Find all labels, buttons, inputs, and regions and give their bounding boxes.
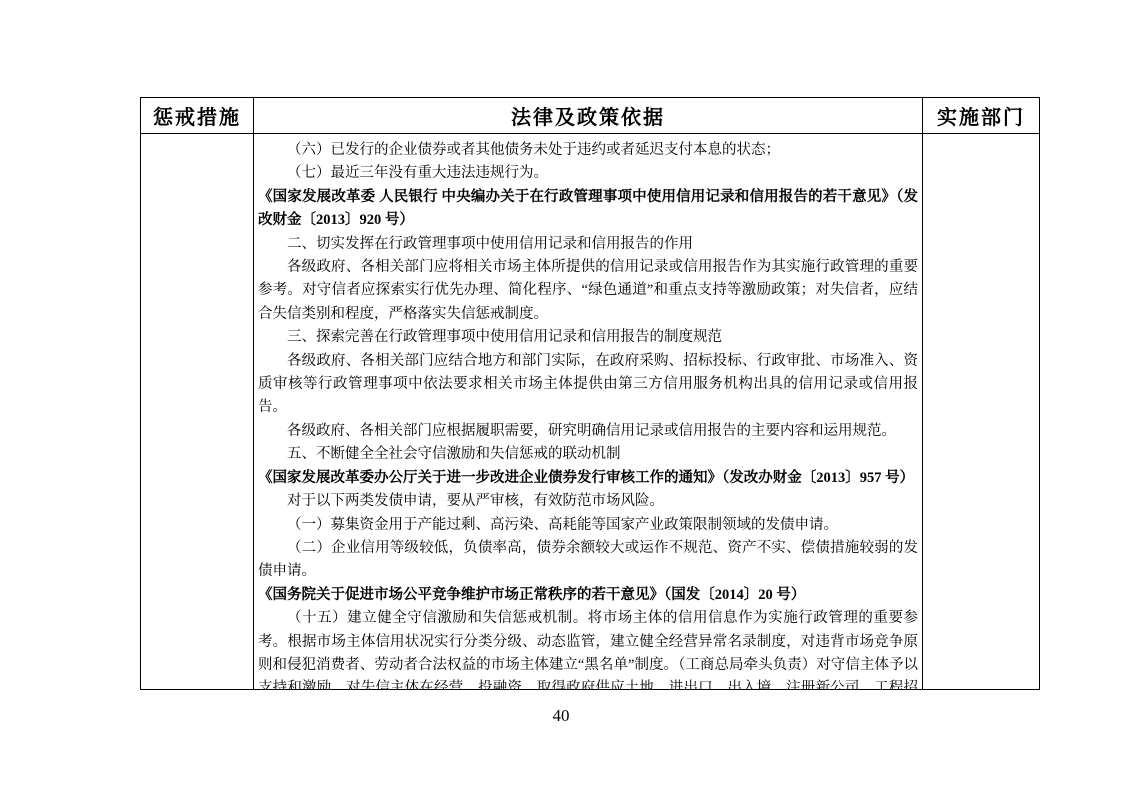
legal-basis-paragraph: 五、不断健全全社会守信激励和失信惩戒的联动机制 <box>258 443 918 466</box>
measures-cell <box>141 134 253 689</box>
legal-basis-paragraph: （二）企业信用等级较低，负债率高，债券余额较大或运作不规范、资产不实、偿债措施较… <box>258 537 918 584</box>
legal-basis-paragraph: 各级政府、各相关部门应根据履职需要，研究明确信用记录或信用报告的主要内容和运用规… <box>258 420 918 443</box>
legal-basis-paragraph: 各级政府、各相关部门应将相关市场主体所提供的信用记录或信用报告作为其实施行政管理… <box>258 256 918 326</box>
legal-basis-paragraph: 《国务院关于促进市场公平竞争维护市场正常秩序的若干意见》（国发〔2014〕20 … <box>258 584 918 607</box>
legal-basis-paragraph: 各级政府、各相关部门应结合地方和部门实际，在政府采购、招标投标、行政审批、市场准… <box>258 350 918 420</box>
legal-basis-paragraph: （六）已发行的企业债券或者其他债务未处于违约或者延迟支付本息的状态； <box>258 139 918 162</box>
legal-basis-paragraph: （十五）建立健全守信激励和失信惩戒机制。将市场主体的信用信息作为实施行政管理的重… <box>258 607 918 689</box>
header-cell-departments: 实施部门 <box>922 98 1039 133</box>
legal-basis-paragraph: 《国家发展改革委 人民银行 中央编办关于在行政管理事项中使用信用记录和信用报告的… <box>258 186 918 233</box>
legal-basis-paragraph: 《国家发展改革委办公厅关于进一步改进企业债券发行审核工作的通知》（发改办财金〔2… <box>258 467 918 490</box>
header-label-departments: 实施部门 <box>937 101 1025 130</box>
legal-basis-paragraph: 三、探索完善在行政管理事项中使用信用记录和信用报告的制度规范 <box>258 326 918 349</box>
legal-basis-paragraph: （七）最近三年没有重大违法违规行为。 <box>258 162 918 185</box>
document-page: 惩戒措施 法律及政策依据 实施部门 （六）已发行的企业债券或者其他债务未处于违约… <box>0 0 1122 793</box>
table-body-row: （六）已发行的企业债券或者其他债务未处于违约或者延迟支付本息的状态；（七）最近三… <box>141 134 1039 689</box>
table-header-row: 惩戒措施 法律及政策依据 实施部门 <box>141 98 1039 134</box>
legal-basis-paragraph: 二、切实发挥在行政管理事项中使用信用记录和信用报告的作用 <box>258 233 918 256</box>
page-number: 40 <box>0 706 1122 726</box>
departments-cell <box>922 134 1039 689</box>
header-label-measures: 惩戒措施 <box>153 101 241 130</box>
legal-basis-paragraph: （一）募集资金用于产能过剩、高污染、高耗能等国家产业政策限制领域的发债申请。 <box>258 514 918 537</box>
legal-basis-cell: （六）已发行的企业债券或者其他债务未处于违约或者延迟支付本息的状态；（七）最近三… <box>253 134 922 689</box>
header-cell-measures: 惩戒措施 <box>141 98 253 133</box>
header-label-legal-basis: 法律及政策依据 <box>511 101 665 130</box>
header-cell-legal-basis: 法律及政策依据 <box>253 98 922 133</box>
policy-table: 惩戒措施 法律及政策依据 实施部门 （六）已发行的企业债券或者其他债务未处于违约… <box>140 97 1040 690</box>
legal-basis-paragraph: 对于以下两类发债申请，要从严审核，有效防范市场风险。 <box>258 490 918 513</box>
